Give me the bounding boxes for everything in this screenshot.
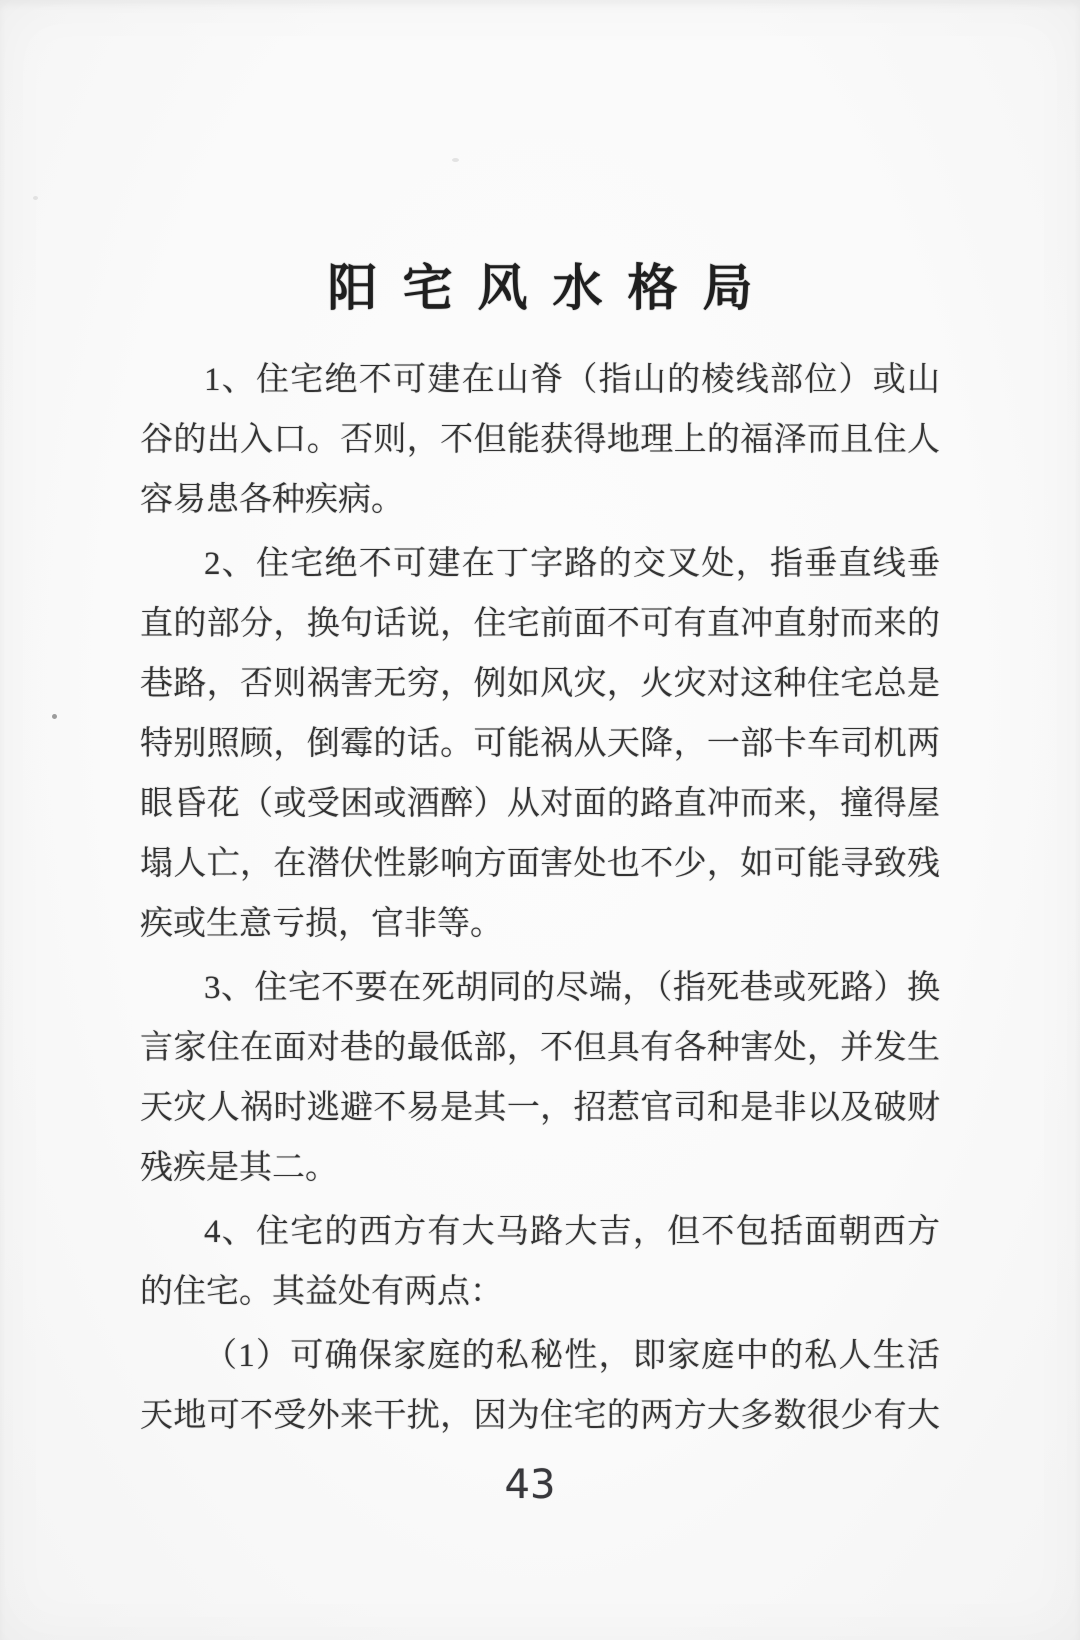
paragraph-line: 谷的出入口。否则，不但能获得地理上的福泽而且住人 — [140, 410, 940, 470]
paragraph: （1）可确保家庭的私秘性，即家庭中的私人生活天地可不受外来干扰，因为住宅的两方大… — [140, 1326, 940, 1446]
paragraph-line: 4、住宅的西方有大马路大吉，但不包括面朝西方 — [140, 1202, 940, 1262]
paragraph-line: 天地可不受外来干扰，因为住宅的两方大多数很少有大 — [140, 1386, 940, 1446]
paragraph-line: 容易患各种疾病。 — [140, 470, 940, 530]
paragraph-line: 天灾人祸时逃避不易是其一，招惹官司和是非以及破财 — [140, 1078, 940, 1138]
scan-speck — [52, 714, 57, 719]
paragraph: 1、住宅绝不可建在山脊（指山的棱线部位）或山谷的出入口。否则，不但能获得地理上的… — [140, 350, 940, 530]
paragraph-line: 巷路，否则祸害无穷，例如风灾，火灾对这种住宅总是 — [140, 654, 940, 714]
paragraph: 3、住宅不要在死胡同的尽端，（指死巷或死路）换言家住在面对巷的最低部，不但具有各… — [140, 958, 940, 1198]
paragraph-line: 1、住宅绝不可建在山脊（指山的棱线部位）或山 — [140, 350, 940, 410]
paragraph-line: 言家住在面对巷的最低部，不但具有各种害处，并发生 — [140, 1018, 940, 1078]
paragraph-line: 眼昏花（或受困或酒醉）从对面的路直冲而来，撞得屋 — [140, 774, 940, 834]
scan-speck — [452, 158, 459, 162]
document-body: 1、住宅绝不可建在山脊（指山的棱线部位）或山谷的出入口。否则，不但能获得地理上的… — [140, 350, 940, 1450]
scanned-book-page: 阳宅风水格局 1、住宅绝不可建在山脊（指山的棱线部位）或山谷的出入口。否则，不但… — [0, 0, 1080, 1640]
paragraph-line: （1）可确保家庭的私秘性，即家庭中的私人生活 — [140, 1326, 940, 1386]
paragraph-line: 3、住宅不要在死胡同的尽端，（指死巷或死路）换 — [140, 958, 940, 1018]
paragraph: 2、住宅绝不可建在丁字路的交叉处，指垂直线垂直的部分，换句话说，住宅前面不可有直… — [140, 534, 940, 954]
paragraph-line: 疾或生意亏损，官非等。 — [140, 894, 940, 954]
paragraph-line: 塌人亡，在潜伏性影响方面害处也不少，如可能寻致残 — [140, 834, 940, 894]
paragraph: 4、住宅的西方有大马路大吉，但不包括面朝西方的住宅。其益处有两点： — [140, 1202, 940, 1322]
page-title: 阳宅风水格局 — [0, 248, 1080, 320]
paragraph-line: 直的部分，换句话说，住宅前面不可有直冲直射而来的 — [140, 594, 940, 654]
paragraph-line: 特别照顾，倒霉的话。可能祸从天降，一部卡车司机两 — [140, 714, 940, 774]
page-number: 43 — [0, 1462, 1060, 1508]
scan-speck — [33, 196, 38, 200]
paragraph-line: 2、住宅绝不可建在丁字路的交叉处，指垂直线垂 — [140, 534, 940, 594]
paragraph-line: 的住宅。其益处有两点： — [140, 1262, 940, 1322]
paragraph-line: 残疾是其二。 — [140, 1138, 940, 1198]
